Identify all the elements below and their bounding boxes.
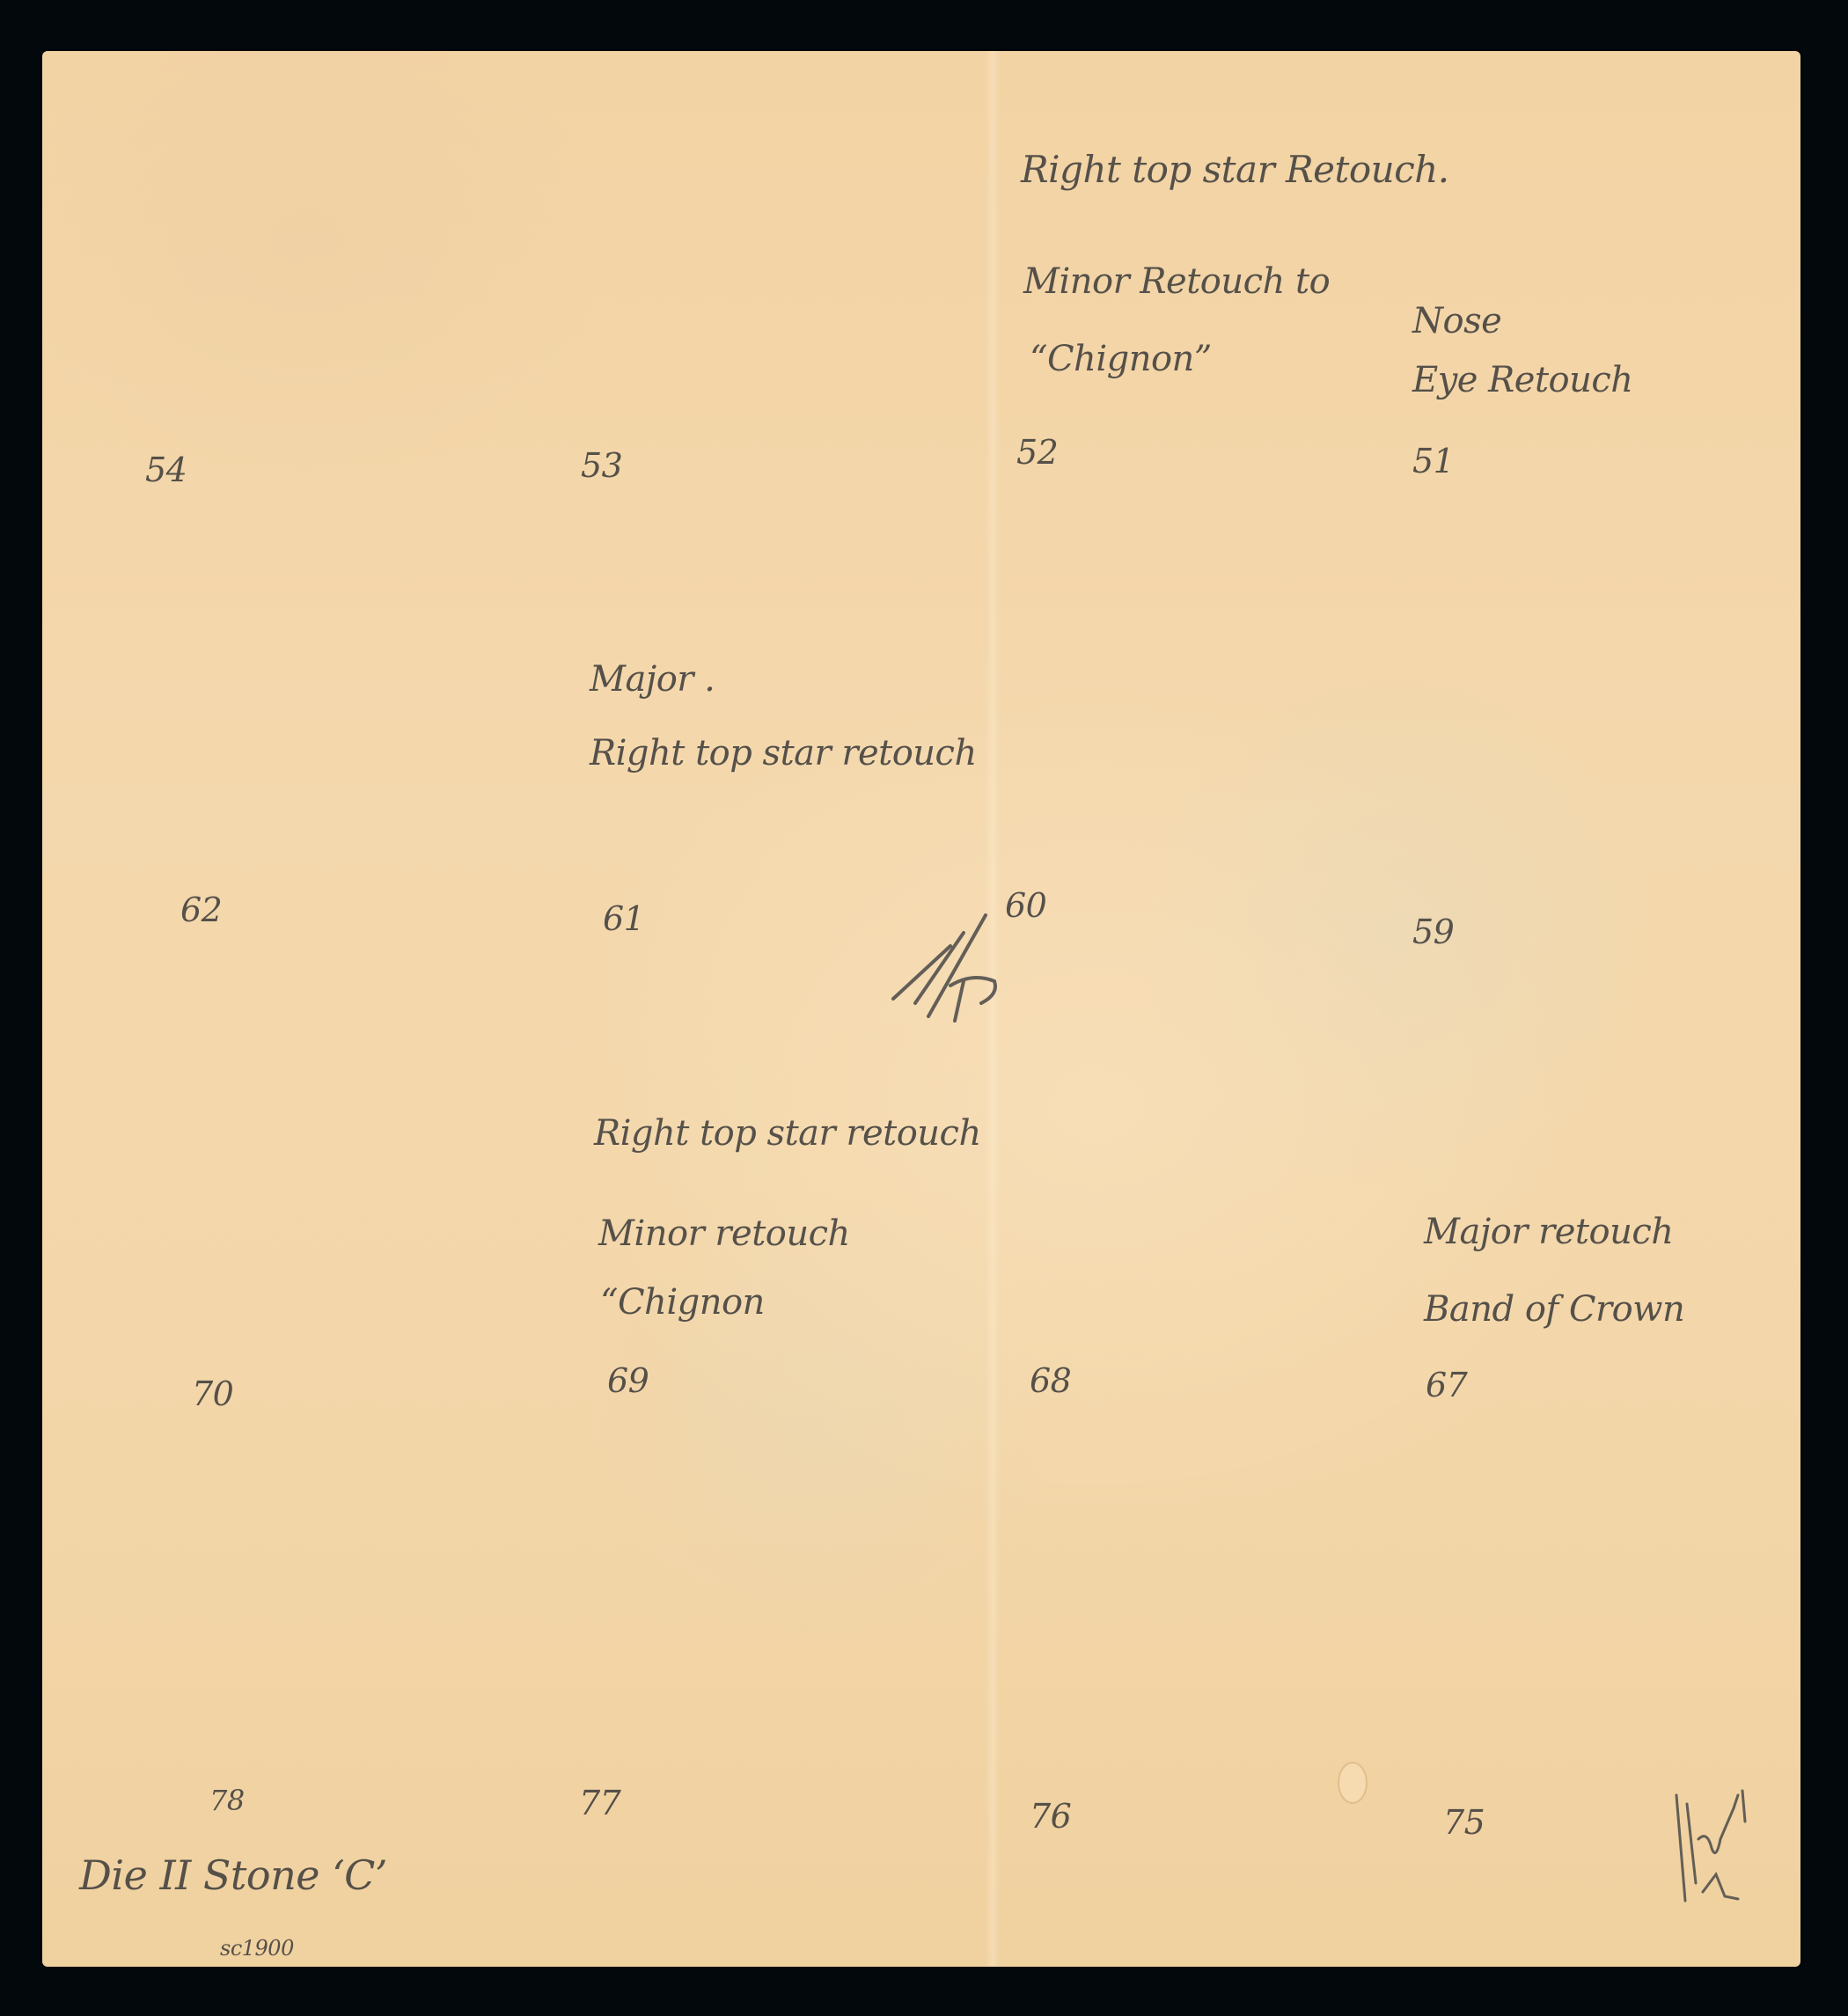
position-69: 69 [607,1364,649,1397]
note-pos61-line2: Right top star retouch [590,736,977,771]
position-62: 62 [180,893,222,927]
position-76: 76 [1030,1800,1071,1833]
bottom-right-signature [1668,1786,1764,1918]
note-pos69-line3: “Chignon [600,1285,765,1320]
position-52: 52 [1016,436,1058,469]
note-pos69-line1: Right top star retouch [594,1116,981,1151]
footer-die-stone-label: Die II Stone ‘C’ [79,1855,387,1895]
note-pos69-line2: Minor retouch [598,1216,850,1251]
position-75: 75 [1443,1806,1485,1839]
position-51: 51 [1412,444,1454,478]
position-54: 54 [145,453,187,487]
position-67: 67 [1426,1368,1467,1402]
position-59: 59 [1412,915,1454,949]
note-top-header: Right top star Retouch. [1021,151,1449,188]
position-61: 61 [603,902,644,935]
footer-catalog-code: sc1900 [220,1938,294,1959]
position-70: 70 [192,1377,233,1411]
note-pos52-line2: “Chignon” [1030,341,1212,377]
position-77: 77 [579,1786,620,1820]
scan-background: Right top star Retouch. Minor Retouch to… [0,0,1848,2016]
note-pos51-line2: Eye Retouch [1412,363,1633,398]
center-initials-signature [889,898,1021,1030]
position-53: 53 [581,449,622,482]
position-78: 78 [209,1786,245,1814]
position-68: 68 [1030,1364,1071,1397]
pencil-signature-icon [889,898,1021,1030]
note-pos61-line1: Major . [590,662,715,697]
paper-thin-spot [1338,1762,1368,1804]
pencil-signature-icon [1668,1786,1764,1918]
note-pos51-line1: Nose [1412,304,1501,339]
note-pos67-line2: Band of Crown [1424,1292,1684,1327]
note-pos52-line1: Minor Retouch to [1023,264,1330,299]
note-pos67-line1: Major retouch [1424,1214,1674,1250]
